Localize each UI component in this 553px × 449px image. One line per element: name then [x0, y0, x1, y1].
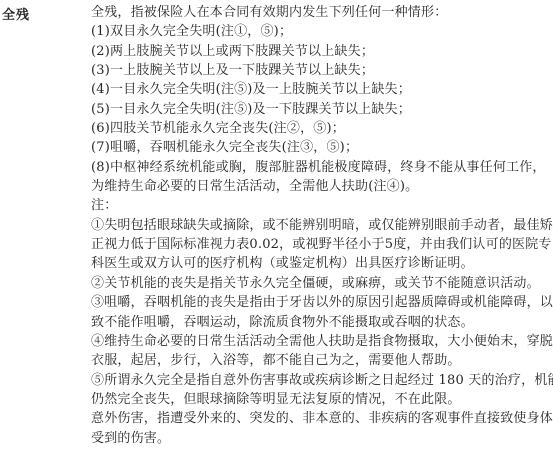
text-line: 受到的伤害。: [91, 429, 549, 448]
text-line: (2)两上肢腕关节以上或两下肢踝关节以上缺失；: [91, 42, 549, 61]
text-line: (1)双目永久完全失明(注①，⑤)；: [91, 22, 549, 41]
document-page: 全残 全残，指被保险人在本合同有效期内发生下列任何一种情形： (1)双目永久完全…: [0, 0, 553, 449]
text-line: 为维持生命必要的日常生活活动，全需他人扶助(注④)。: [91, 177, 549, 196]
text-line: ④维持生命必要的日常生活活动全需他人扶助是指食物摄取，大小便始末，穿脱: [91, 332, 549, 351]
text-line: (6)四肢关节机能永久完全丧失(注②，⑤)；: [91, 119, 549, 138]
text-line: (3)一上肢腕关节以上及一下肢踝关节以上缺失；: [91, 61, 549, 80]
text-line: 注：: [91, 196, 549, 215]
text-line: ②关节机能的丧失是指关节永久完全僵硬，或麻痹，或关节不能随意识活动。: [91, 274, 549, 293]
text-line: (7)咀嚼，吞咽机能永久完全丧失(注③，⑤)；: [91, 138, 549, 157]
text-line: ①失明包括眼球缺失或摘除，或不能辨别明暗，或仅能辨别眼前手动者，最佳矫: [91, 216, 549, 235]
text-line: 衣服，起居，步行，入浴等，都不能自己为之，需要他人帮助。: [91, 351, 549, 370]
text-line: (4)一目永久完全失明(注⑤)及一上肢腕关节以上缺失；: [91, 80, 549, 99]
text-line: 致不能作咀嚼，吞咽运动，除流质食物外不能摄取或吞咽的状态。: [91, 313, 549, 332]
text-line: ③咀嚼，吞咽机能的丧失是指由于牙齿以外的原因引起器质障碍或机能障碍，以: [91, 293, 549, 312]
text-line: 正视力低于国际标准视力表0.02，或视野半径小于5度，并由我们认可的医院专: [91, 235, 549, 254]
text-line: (5)一目永久完全失明(注⑤)及一下肢踝关节以上缺失；: [91, 100, 549, 119]
text-line: 科医生或双方认可的医疗机构（或鉴定机构）出具医疗诊断证明。: [91, 254, 549, 273]
text-line: 意外伤害，指遭受外来的、突发的、非本意的、非疾病的客观事件直接致使身体: [91, 409, 549, 428]
text-line: ⑤所谓永久完全是指自意外伤害事故或疾病诊断之日起经过 180 天的治疗，机能: [91, 371, 549, 390]
term-definition-body: 全残，指被保险人在本合同有效期内发生下列任何一种情形： (1)双目永久完全失明(…: [91, 3, 549, 448]
text-line: 全残，指被保险人在本合同有效期内发生下列任何一种情形：: [91, 3, 549, 22]
text-line: (8)中枢神经系统机能或胸，腹部脏器机能极度障碍，终身不能从事任何工作，: [91, 158, 549, 177]
text-line: 仍然完全丧失，但眼球摘除等明显无法复原的情况，不在此限。: [91, 390, 549, 409]
term-label: 全残: [2, 4, 30, 23]
